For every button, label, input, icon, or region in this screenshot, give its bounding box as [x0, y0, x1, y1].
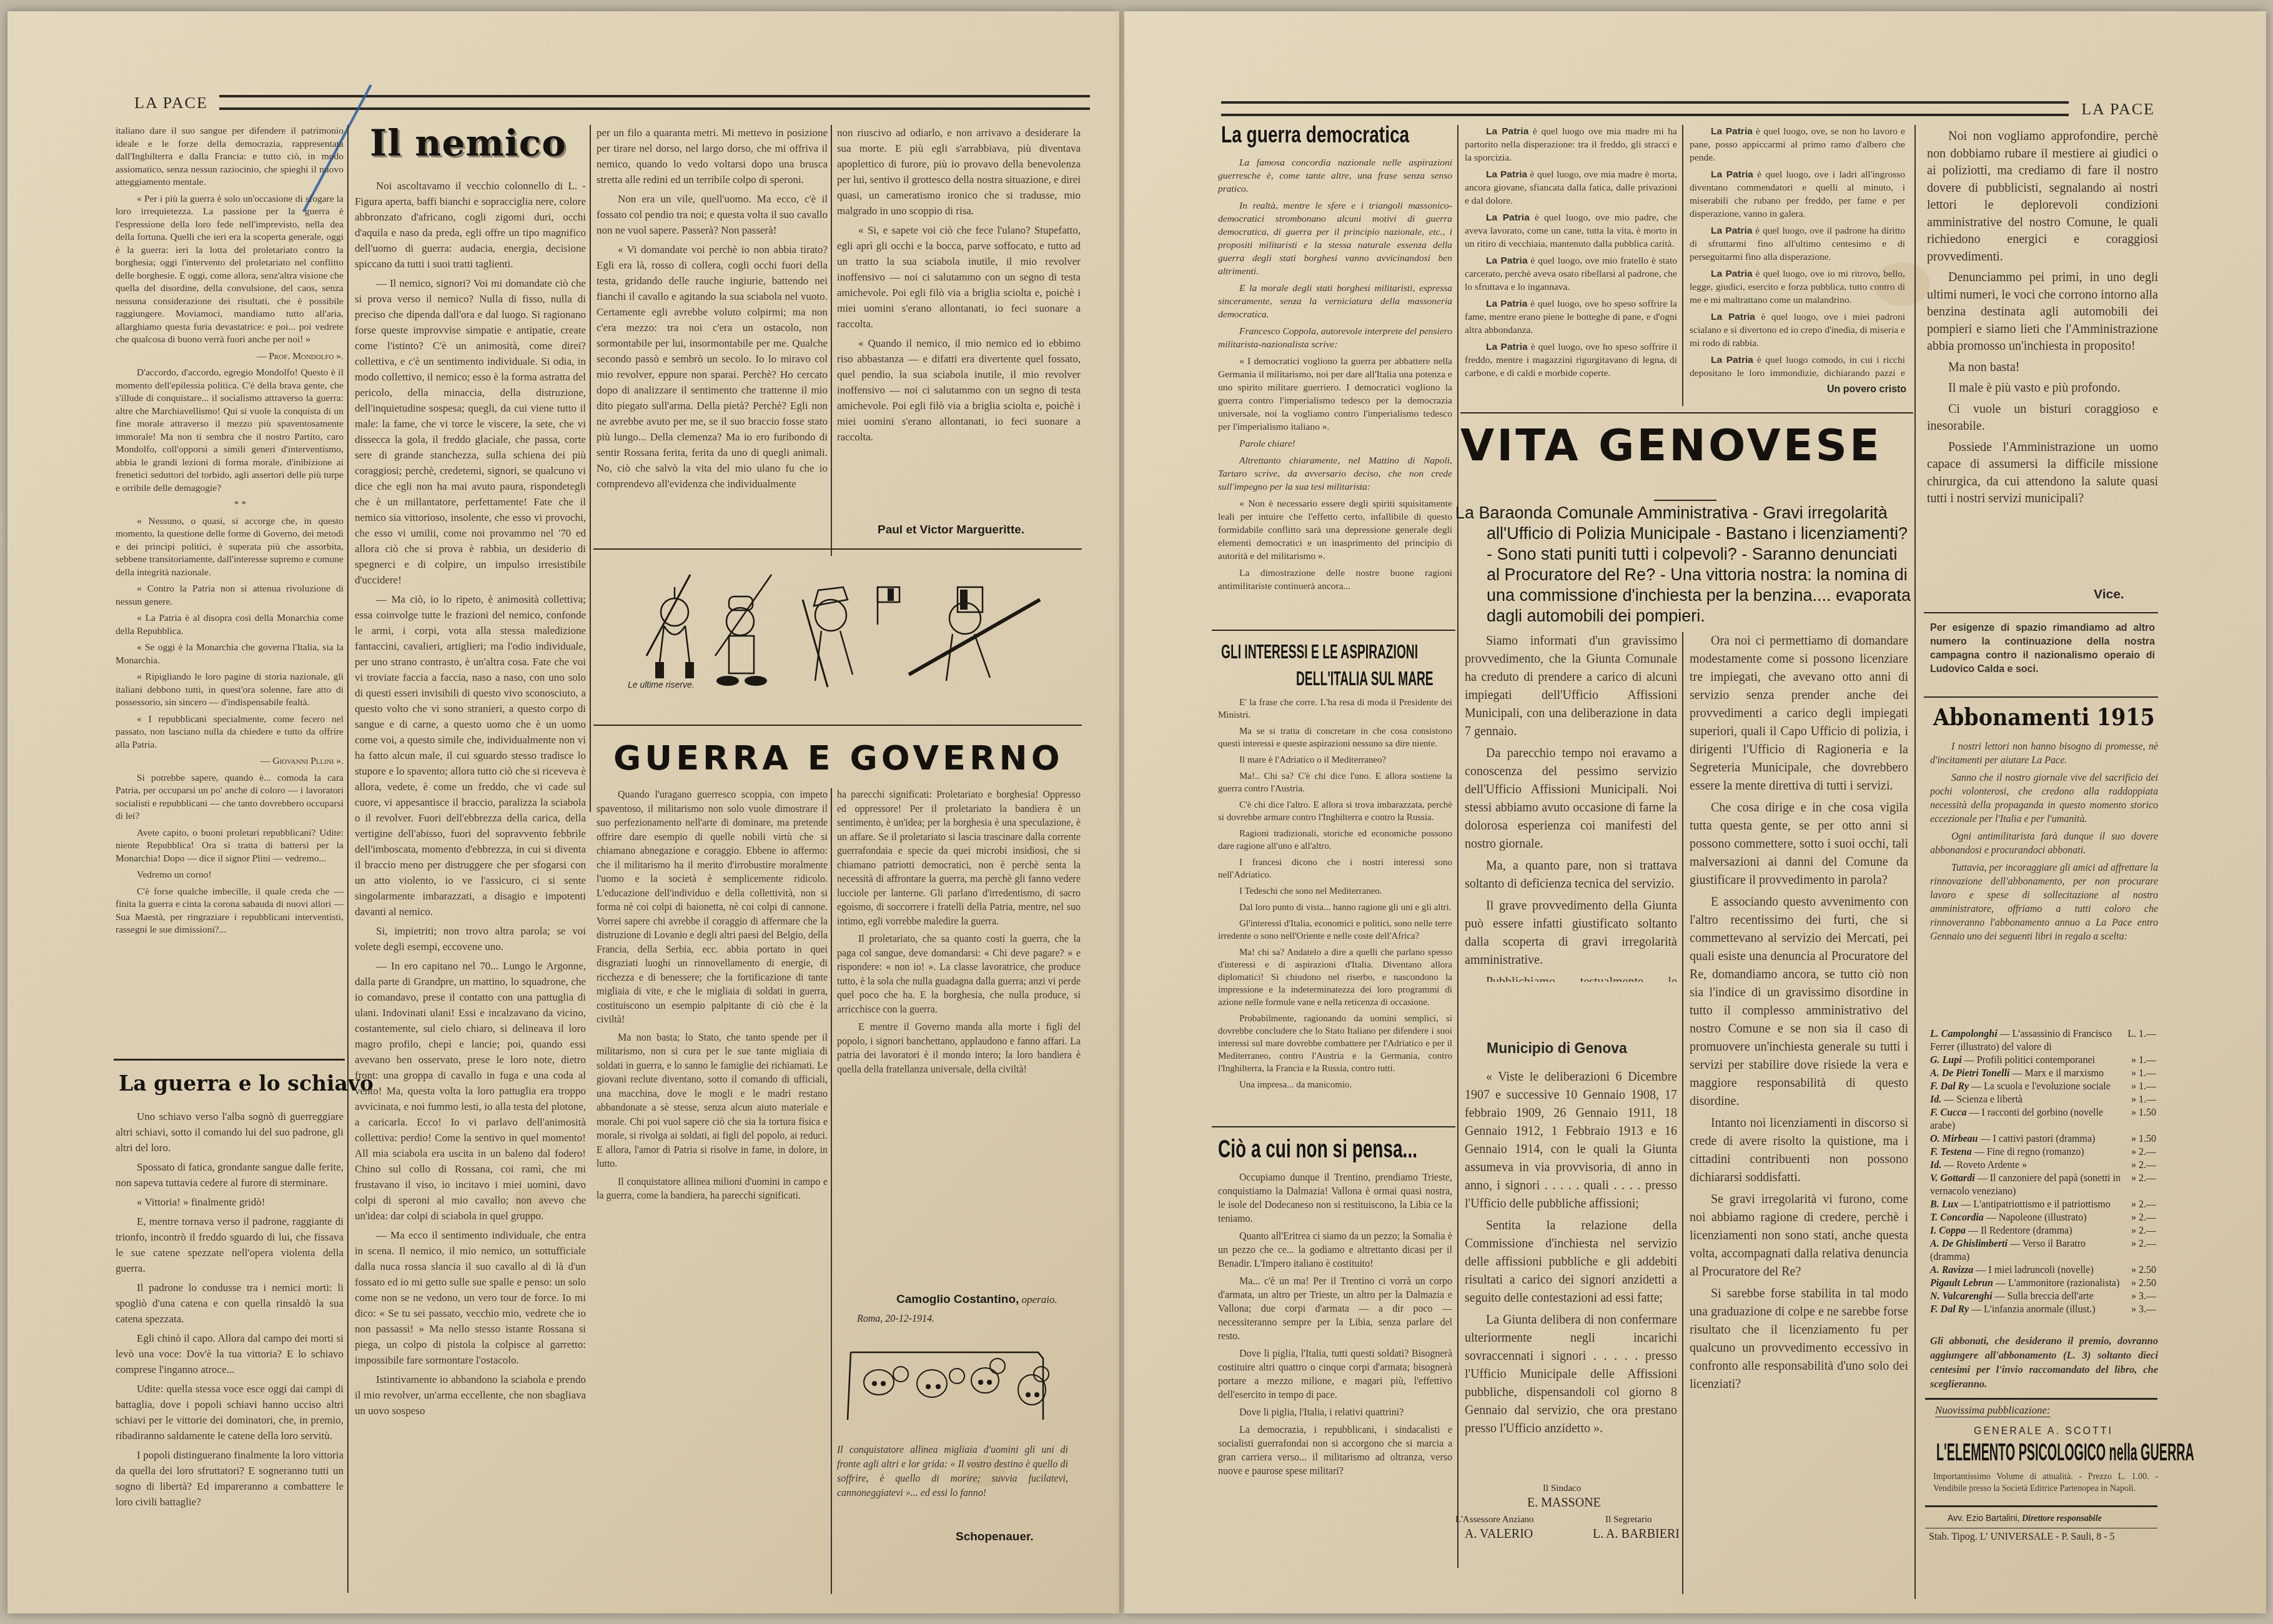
nemico-title: Il nemico	[370, 122, 567, 164]
skull-snail-icon	[844, 1346, 1051, 1421]
book-item: G. Lupi — Profili politici contemporanei…	[1930, 1054, 2156, 1067]
cartoon-illustration: Le ultime riserve.	[615, 562, 1065, 693]
book-item: F. Dal Ry — L'infanzia anormale (illust.…	[1930, 1303, 2156, 1316]
column-rule	[347, 125, 349, 1593]
publication-description: Importantissimo Volume di attualità. - P…	[1933, 1471, 2158, 1515]
book-item: V. Gottardi — Il canzoniere del papà (so…	[1930, 1172, 2156, 1198]
book-item: Id. — Scienza e libertà» 1.—	[1930, 1093, 2156, 1106]
director-name: Avv. Ezio Bartalini,	[1948, 1513, 2019, 1523]
book-item: Pigault Lebrun — L'ammonitore (razionali…	[1930, 1277, 2156, 1290]
nemico-signature: Paul et Victor Margueritte.	[878, 523, 1024, 537]
header-rules	[219, 94, 1090, 112]
book-item: F. Dal Ry — La scuola e l'evoluzione soc…	[1930, 1080, 2156, 1093]
cio-title: Ciò a cui non si pensa...	[1218, 1136, 1417, 1164]
abbonamenti-closing: Gli abbonati, che desiderano il premio, …	[1930, 1334, 2158, 1396]
book-item: F. Testena — Fine di regno (romanzo)» 2.…	[1930, 1146, 2156, 1159]
masthead-left: LA PACE	[134, 94, 1090, 112]
vice-signature: Vice.	[2094, 587, 2124, 602]
interessi-title-1: GLI INTERESSI E LE ASPIRAZIONI	[1221, 640, 1418, 663]
publication-title: L'ELEMENTO PSICOLOGICO nella GUERRA	[1936, 1440, 2194, 1467]
publication-author: GENERALE A. SCOTTI	[1974, 1426, 2113, 1437]
interessi-title-2: DELL'ITALIA SUL MARE	[1296, 667, 1434, 690]
book-item: F. Cucca — I racconti del gorbino (novel…	[1930, 1106, 2156, 1132]
article-continuation: italiano dare il suo sangue per difender…	[116, 125, 344, 1056]
municipio-heading: Municipio di Genova	[1487, 1040, 1627, 1057]
book-item: A. Ravizza — I miei ladruncoli (novelle)…	[1930, 1264, 2156, 1277]
divider	[114, 1059, 345, 1061]
schiavo-title: La guerra e lo schiavo	[119, 1071, 374, 1096]
schopenhauer-author: Schopenauer.	[956, 1530, 1034, 1544]
book-item: T. Concordia — Napoleone (illustrato)» 2…	[1930, 1211, 2156, 1224]
governo-title: GUERRA E GOVERNO	[613, 738, 1064, 778]
patria-signature: Un povero cristo	[1827, 384, 1906, 395]
skulls-illustration	[844, 1346, 1051, 1421]
director-role: Direttore responsabile	[2022, 1514, 2102, 1523]
abbonamenti-title: Abbonamenti 1915	[1933, 703, 2155, 731]
book-item: N. Valcarenghi — Sulla breccia dell'arte…	[1930, 1290, 2156, 1303]
vita-genovese-subtitle: La Baraonda Comunale Amministrativa - Gr…	[1455, 503, 1911, 626]
book-item: I. Coppa — Il Redentore (dramma)» 2.—	[1930, 1224, 2156, 1237]
header-rules	[1221, 100, 2069, 119]
cartoon-soldiers-icon	[615, 562, 1065, 693]
masthead-right: LA PACE	[1221, 100, 2155, 119]
center-fold	[1119, 11, 1124, 1613]
democratica-title: La guerra democratica	[1221, 122, 1409, 148]
printer-info: Stab. Tipog. L' UNIVERSALE - P. Sauli, 8…	[1929, 1532, 2115, 1543]
book-item: A. De Ghislimberti — Verso il Baratro (d…	[1930, 1237, 2156, 1264]
book-item: A. De Pietri Tonelli — Marx e il marxism…	[1930, 1067, 2156, 1080]
masthead-title: LA PACE	[134, 94, 208, 112]
book-item: Id. — Roveto Ardente »» 2.—	[1930, 1159, 2156, 1172]
space-notice: Per esigenze di spazio rimandiamo ad alt…	[1930, 621, 2155, 690]
book-item: L. Campolonghi — L'assassinio di Francis…	[1930, 1027, 2156, 1054]
masthead-title: LA PACE	[2081, 100, 2155, 119]
publication-label: Nuovissima pubblicazione:	[1935, 1404, 2051, 1417]
book-item: O. Mirbeau — I cattivi pastori (dramma)»…	[1930, 1132, 2156, 1146]
cartoon-caption: Le ultime riserve.	[628, 680, 695, 690]
governo-dateline: Roma, 20-12-1914.	[857, 1314, 934, 1325]
governo-signature: Camoglio Costantino, operaio.	[896, 1293, 1057, 1307]
book-list: L. Campolonghi — L'assassinio di Francis…	[1930, 1027, 2156, 1316]
book-item: B. Lux — L'antipatriottismo e il patriot…	[1930, 1198, 2156, 1211]
vita-genovese-title: VITA GENOVESE	[1460, 420, 1882, 471]
